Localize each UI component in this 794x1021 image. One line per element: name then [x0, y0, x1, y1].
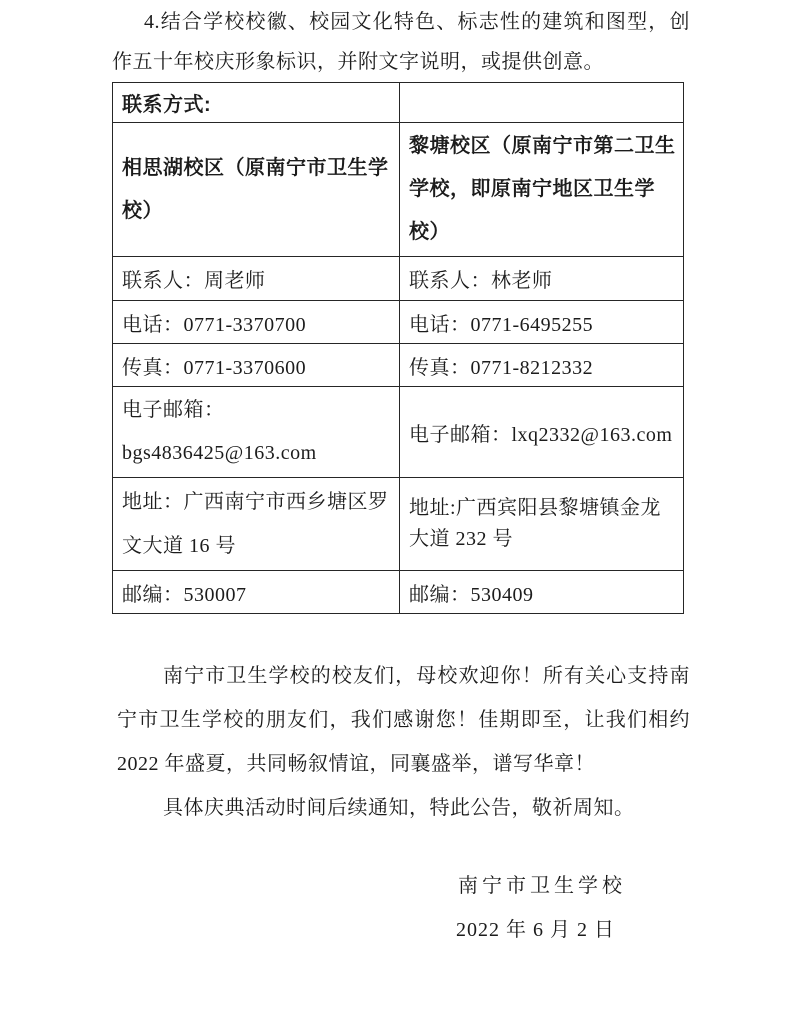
campus-right-cell: 黎塘校区（原南宁市第二卫生学校，即原南宁地区卫生学校） [400, 123, 684, 257]
signature-date: 2022 年 6 月 2 日 [456, 908, 690, 952]
campus-left-cell: 相思湖校区（原南宁市卫生学校） [113, 123, 400, 257]
table-row: 电子邮箱： bgs4836425@163.com 电子邮箱：lxq2332@16… [113, 387, 684, 478]
contact-person-right-cell: 联系人：林老师 [400, 257, 684, 301]
fax-right-cell: 传真：0771-8212332 [400, 344, 684, 387]
phone-left-cell: 电话：0771-3370700 [113, 301, 400, 344]
table-row: 邮编：530007 邮编：530409 [113, 571, 684, 614]
contact-method-empty-cell [400, 83, 684, 123]
zipcode-left-cell: 邮编：530007 [113, 571, 400, 614]
address-left-cell: 地址：广西南宁市西乡塘区罗文大道 16 号 [113, 478, 400, 571]
signature-school-name: 南宁市卫生学校 [458, 864, 690, 908]
phone-right-cell: 电话：0771-6495255 [400, 301, 684, 344]
email-left-cell: 电子邮箱： bgs4836425@163.com [113, 387, 400, 478]
table-row: 传真：0771-3370600 传真：0771-8212332 [113, 344, 684, 387]
address-right-cell: 地址:广西宾阳县黎塘镇金龙大道 232 号 [400, 478, 684, 571]
contact-table: 联系方式: 相思湖校区（原南宁市卫生学校） 黎塘校区（原南宁市第二卫生学校，即原… [112, 82, 684, 614]
document-page: 4.结合学校校徽、校园文化特色、标志性的建筑和图型，创作五十年校庆形象标识，并附… [0, 0, 794, 1021]
table-row: 相思湖校区（原南宁市卫生学校） 黎塘校区（原南宁市第二卫生学校，即原南宁地区卫生… [113, 123, 684, 257]
email-right-cell: 电子邮箱：lxq2332@163.com [400, 387, 684, 478]
intro-paragraph: 4.结合学校校徽、校园文化特色、标志性的建筑和图型，创作五十年校庆形象标识，并附… [112, 2, 690, 82]
contact-person-left-cell: 联系人：周老师 [113, 257, 400, 301]
table-row: 联系人：周老师 联系人：林老师 [113, 257, 684, 301]
closing-paragraph-2: 具体庆典活动时间后续通知，特此公告，敬祈周知。 [117, 786, 690, 830]
zipcode-right-cell: 邮编：530409 [400, 571, 684, 614]
fax-left-cell: 传真：0771-3370600 [113, 344, 400, 387]
table-row: 电话：0771-3370700 电话：0771-6495255 [113, 301, 684, 344]
table-row: 联系方式: [113, 83, 684, 123]
contact-method-label-cell: 联系方式: [113, 83, 400, 123]
table-row: 地址：广西南宁市西乡塘区罗文大道 16 号 地址:广西宾阳县黎塘镇金龙大道 23… [113, 478, 684, 571]
closing-paragraph-1: 南宁市卫生学校的校友们，母校欢迎你！所有关心支持南宁市卫生学校的朋友们，我们感谢… [117, 654, 690, 786]
